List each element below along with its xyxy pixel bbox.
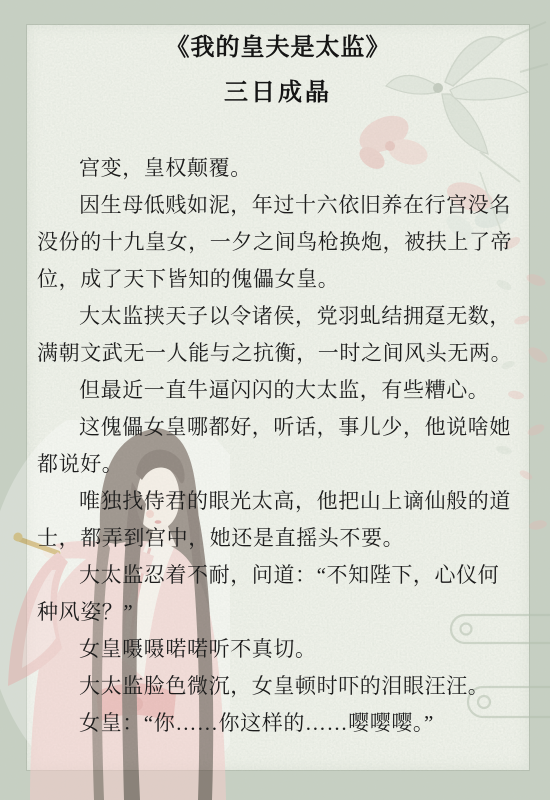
story-paragraph: 宫变，皇权颠覆。: [37, 150, 519, 187]
page-title: 《我的皇夫是太监》: [37, 33, 519, 63]
story-page: 《我的皇夫是太监》 三日成晶 宫变，皇权颠覆。因生母低贱如泥，年过十六依旧养在行…: [27, 25, 529, 770]
story-paragraph: 这傀儡女皇哪都好，听话，事儿少，他说啥她都说好。: [37, 409, 519, 483]
page: 《我的皇夫是太监》 三日成晶 宫变，皇权颠覆。因生母低贱如泥，年过十六依旧养在行…: [0, 0, 550, 800]
story-paragraph: 女皇嗫嗫喏喏听不真切。: [37, 631, 519, 668]
story-paragraph: 女皇：“你……你这样的……嘤嘤嘤。”: [37, 705, 519, 742]
story-paragraph: 大太监忍着不耐，问道：“不知陛下，心仪何种风姿？”: [37, 557, 519, 631]
story-text: 宫变，皇权颠覆。因生母低贱如泥，年过十六依旧养在行宫没名没份的十九皇女，一夕之间…: [37, 150, 519, 742]
story-paragraph: 大太监挟天子以令诸侯，党羽虬结拥趸无数，满朝文武无一人能与之抗衡，一时之间风头无…: [37, 298, 519, 372]
story-paragraph: 因生母低贱如泥，年过十六依旧养在行宫没名没份的十九皇女，一夕之间鸟枪换炮，被扶上…: [37, 187, 519, 298]
story-paragraph: 唯独找侍君的眼光太高，他把山上谪仙般的道士，都弄到宫中，她还是直摇头不要。: [37, 483, 519, 557]
story-paragraph: 大太监脸色微沉，女皇顿时吓的泪眼汪汪。: [37, 668, 519, 705]
author-name: 三日成晶: [37, 78, 519, 108]
story-paragraph: 但最近一直牛逼闪闪的大太监，有些糟心。: [37, 372, 519, 409]
